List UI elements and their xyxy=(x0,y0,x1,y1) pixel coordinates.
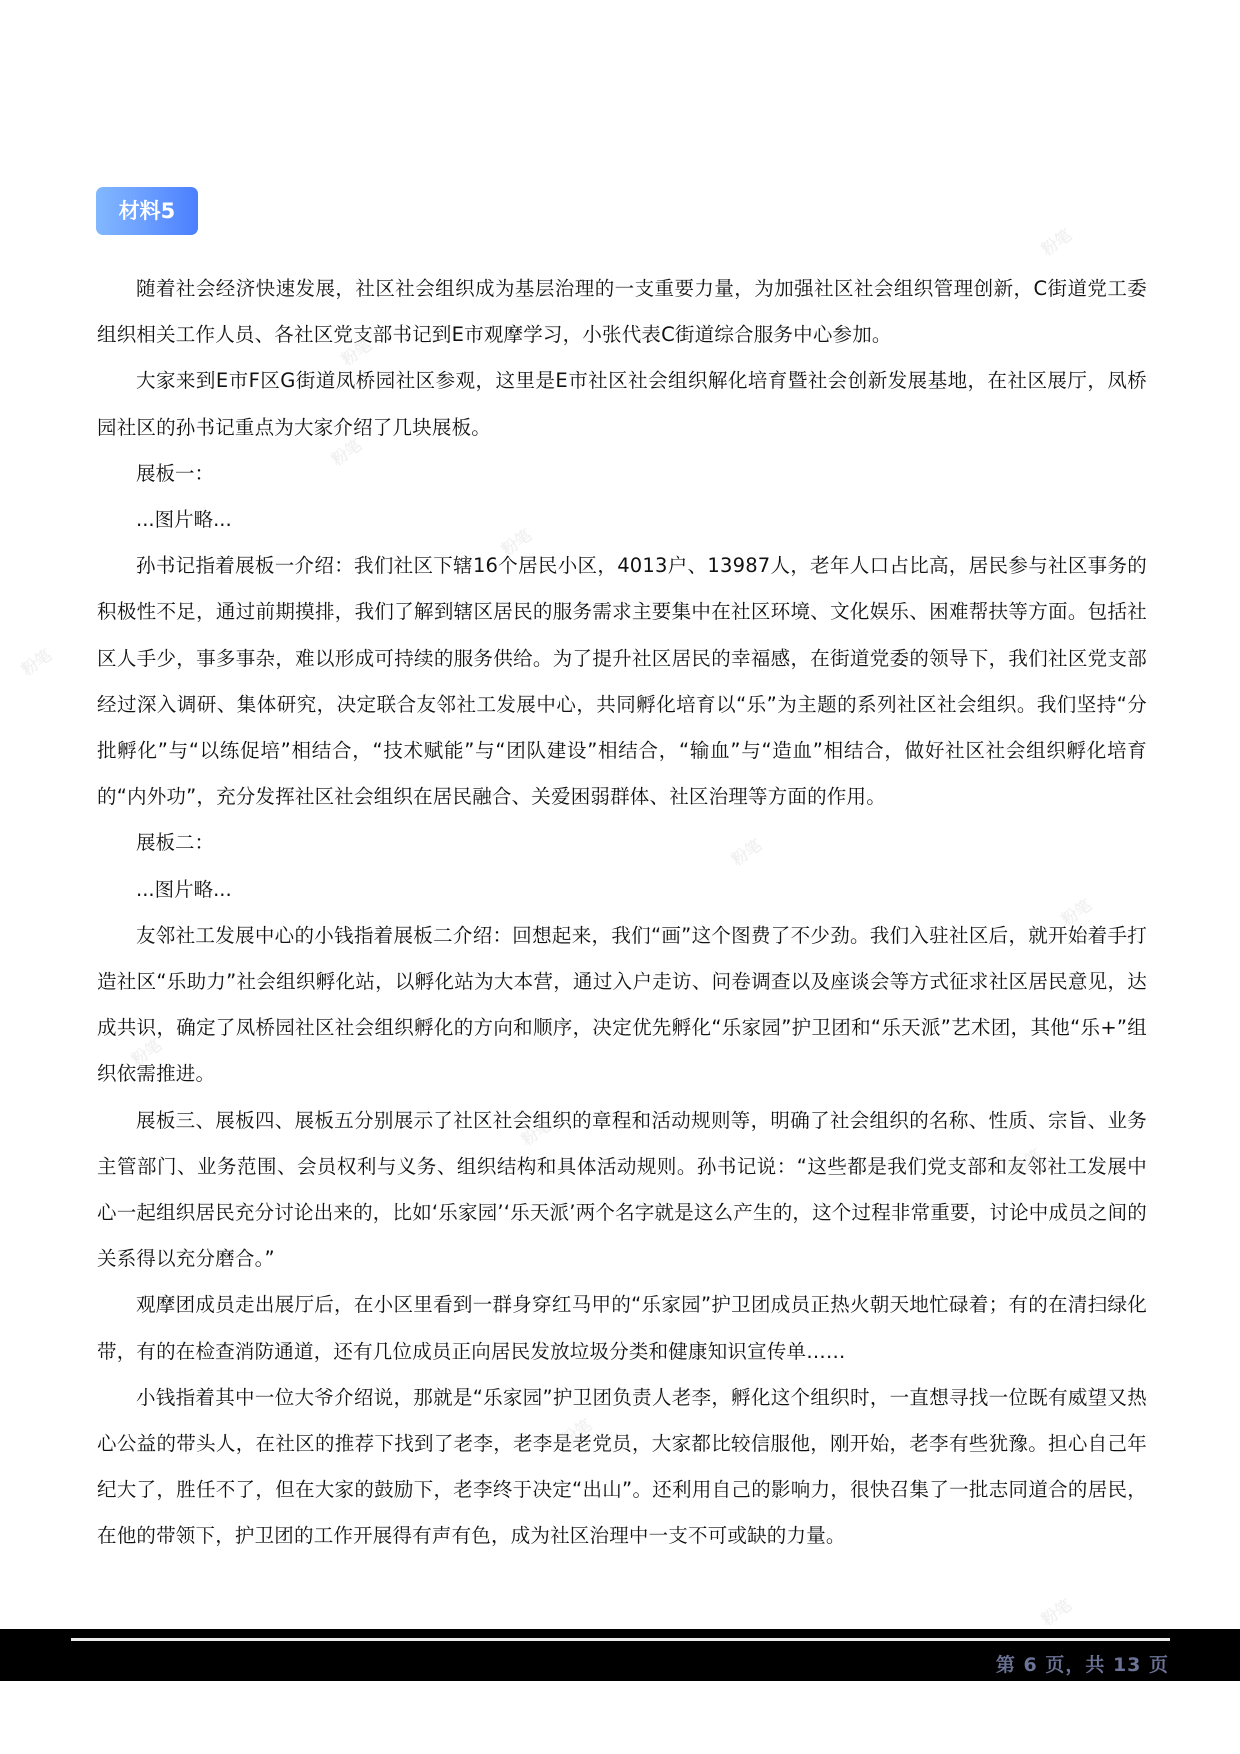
watermark: 粉笔 xyxy=(1036,1593,1075,1630)
paragraph-visit: 大家来到E市F区G街道凤桥园社区参观，这里是E市社区社会组织解化培育暨社会创新发… xyxy=(97,358,1147,450)
paragraph-lao-li: 小钱指着其中一位大爷介绍说，那就是“乐家园”护卫团负责人老李，孵化这个组织时，一… xyxy=(97,1375,1147,1560)
footer-divider xyxy=(71,1638,1170,1641)
image-omitted-note: ...图片略... xyxy=(97,497,1147,543)
watermark: 粉笔 xyxy=(16,643,55,680)
paragraph-intro: 随着社会经济快速发展，社区社会组织成为基层治理的一支重要力量，为加强社区社会组织… xyxy=(97,266,1147,358)
paragraph-observation: 观摩团成员走出展厅后，在小区里看到一群身穿红马甲的“乐家园”护卫团成员正热火朝天… xyxy=(97,1282,1147,1374)
document-body: 随着社会经济快速发展，社区社会组织成为基层治理的一支重要力量，为加强社区社会组织… xyxy=(97,266,1147,1560)
panel-two-heading: 展板二： xyxy=(97,820,1147,866)
image-omitted-note: ...图片略... xyxy=(97,867,1147,913)
document-page: 材料5 随着社会经济快速发展，社区社会组织成为基层治理的一支重要力量，为加强社区… xyxy=(0,0,1240,1754)
paragraph-panels-three-to-five: 展板三、展板四、展板五分别展示了社区社会组织的章程和活动规则等，明确了社会组织的… xyxy=(97,1098,1147,1283)
footer: 第 6 页，共 13 页 xyxy=(0,1629,1240,1681)
paragraph-panel-two: 友邻社工发展中心的小钱指着展板二介绍：回想起来，我们“画”这个图费了不少劲。我们… xyxy=(97,913,1147,1098)
panel-one-heading: 展板一： xyxy=(97,451,1147,497)
page-number: 第 6 页，共 13 页 xyxy=(996,1651,1169,1679)
paragraph-panel-one: 孙书记指着展板一介绍：我们社区下辖16个居民小区，4013户、13987人，老年… xyxy=(97,543,1147,820)
section-badge: 材料5 xyxy=(96,187,198,235)
watermark: 粉笔 xyxy=(1036,223,1075,260)
